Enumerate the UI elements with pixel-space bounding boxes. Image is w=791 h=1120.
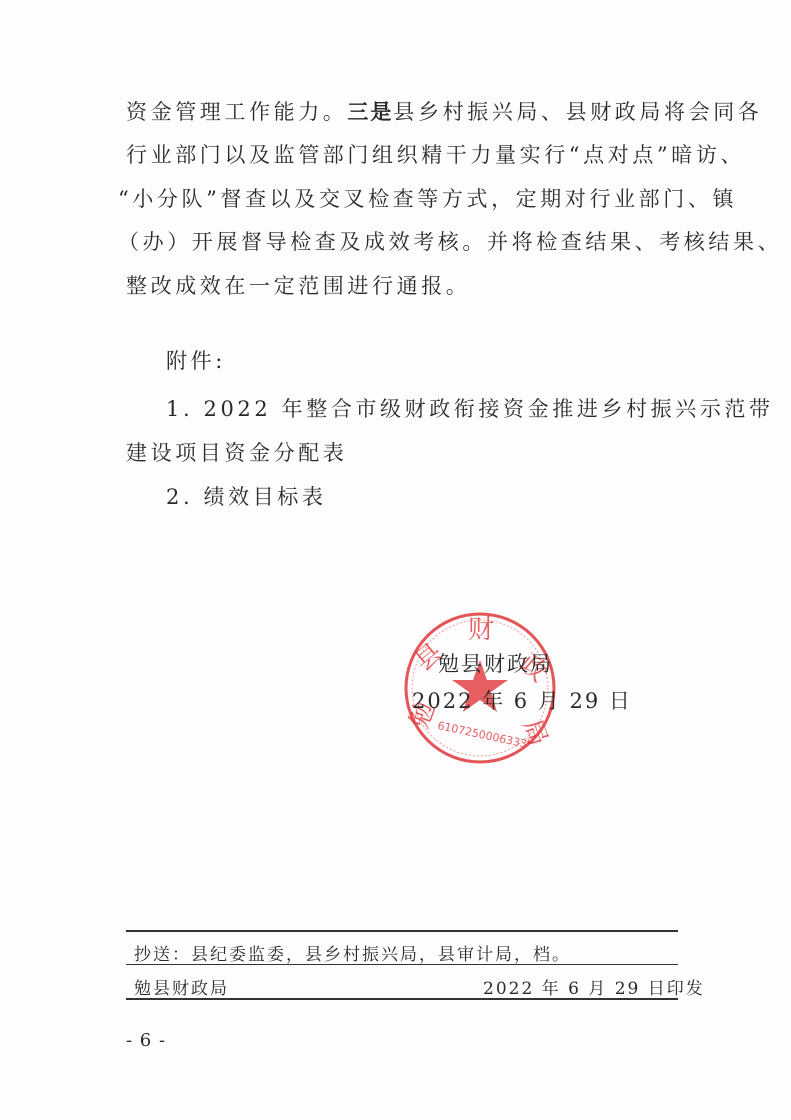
paragraph-line-2: 行业部门以及监管部门组织精干力量实行“点对点”暗访、 bbox=[126, 139, 745, 169]
attachment-1-cont: 建设项目资金分配表 bbox=[126, 437, 347, 467]
issue-date: 2022 年 6 月 29 日印发 bbox=[483, 974, 705, 999]
paragraph-line-5: 整改成效在一定范围进行通报。 bbox=[126, 270, 470, 300]
paragraph-line-3: “小分队”督查以及交叉检查等方式，定期对行业部门、镇 bbox=[118, 183, 737, 213]
signature-org: 勉县财政局 bbox=[438, 648, 553, 678]
svg-text:财: 财 bbox=[468, 615, 494, 645]
divider bbox=[126, 930, 678, 932]
text: 资金管理工作能力。 bbox=[126, 100, 347, 124]
paragraph-line-4: （办）开展督导检查及成效考核。并将检查结果、考核结果、 bbox=[118, 226, 782, 256]
text: 县乡村振兴局、县财政局将会同各 bbox=[393, 100, 762, 124]
issuer: 勉县财政局 bbox=[134, 974, 229, 999]
attachment-1: 1. 2022 年整合市级财政衔接资金推进乡村振兴示范带 bbox=[166, 393, 774, 423]
divider bbox=[126, 964, 678, 965]
bold-text: 三是 bbox=[347, 100, 393, 124]
page-number: - 6 - bbox=[126, 1030, 166, 1051]
cc-line: 抄送：县纪委监委，县乡村振兴局，县审计局，档。 bbox=[134, 940, 571, 965]
signature-date: 2022 年 6 月 29 日 bbox=[412, 685, 632, 715]
divider bbox=[126, 998, 678, 1000]
attachment-2: 2. 绩效目标表 bbox=[166, 481, 327, 511]
attachments-label: 附件: bbox=[166, 345, 226, 375]
paragraph-line-1: 资金管理工作能力。三是县乡村振兴局、县财政局将会同各 bbox=[126, 96, 762, 126]
svg-text:6107250006333: 6107250006333 bbox=[436, 719, 528, 751]
